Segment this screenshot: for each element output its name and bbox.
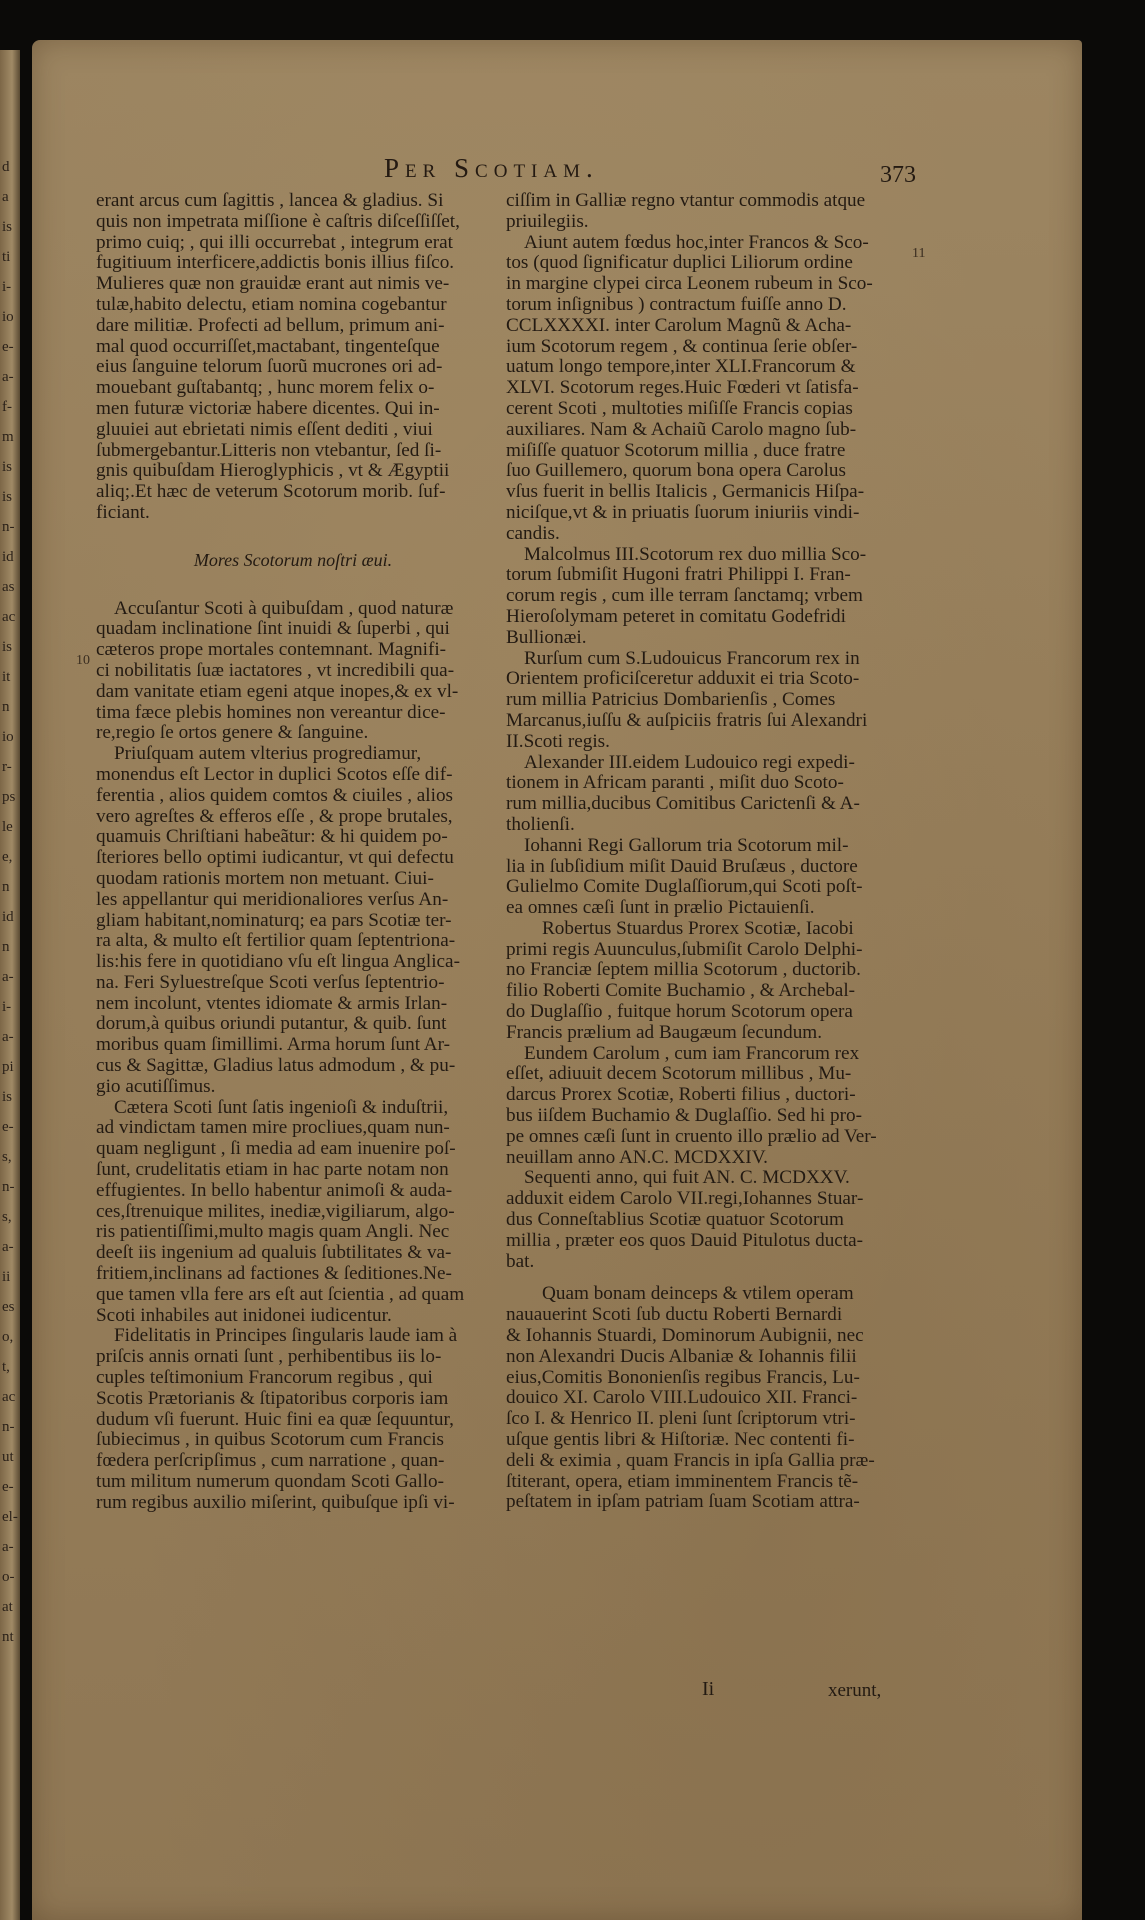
text-line: Cætera Scoti ſunt ſatis ingenioſi & indu… (96, 1098, 490, 1119)
text-line: quam negligunt , ſi media ad eam inuenir… (96, 1139, 490, 1160)
previous-page-text-fragment: i- (2, 1000, 11, 1015)
previous-page-text-fragment: n (2, 940, 10, 955)
text-line: bat. (506, 1252, 906, 1273)
previous-page-text-fragment: ac (2, 1390, 15, 1405)
text-line: do Duglaſſio , fuitque horum Scotorum op… (506, 1002, 906, 1023)
text-line: nauauerint Scoti ſub ductu Roberti Berna… (506, 1305, 906, 1326)
text-line: gliam habitant,nominaturq; ea pars Scoti… (96, 911, 490, 932)
previous-page-text-fragment: ps (2, 790, 15, 805)
text-line: tulæ,habito delectu, etiam nomina cogeba… (96, 295, 490, 316)
text-line: niciſque,vt & in priuatis ſuorum iniurii… (506, 503, 906, 524)
text-line: peſtatem in ipſam patriam ſuam Scotiam a… (506, 1492, 906, 1513)
previous-page-text-fragment: n- (2, 1180, 15, 1195)
text-line: filio Roberti Comite Buchamio , & Archeb… (506, 981, 906, 1002)
paragraph: Iohanni Regi Gallorum tria Scotorum mil-… (506, 836, 906, 919)
previous-page-text-fragment: a- (2, 970, 14, 985)
text-line: bus iiſdem Buchamio & Duglaſſio. Sed hi … (506, 1106, 906, 1127)
previous-page-text-fragment: as (2, 580, 15, 595)
section-heading: Mores Scotorum noſtri æui. (96, 550, 490, 571)
running-head: Per Scotiam. (384, 153, 599, 184)
text-line: tima fæce plebis homines non vereantur d… (96, 703, 490, 724)
text-line: ſteriores bello optimi iudicantur, vt qu… (96, 848, 490, 869)
text-line: vero agreſtes & efferos eſſe , & prope b… (96, 807, 490, 828)
text-line: Iohanni Regi Gallorum tria Scotorum mil- (506, 836, 906, 857)
text-line: ſubmergebantur.Litteris non vtebantur, ſ… (96, 441, 490, 462)
previous-page-text-fragment: is (2, 640, 12, 655)
previous-page-text-fragment: ut (2, 1450, 14, 1465)
text-line: Eundem Carolum , cum iam Francorum rex (506, 1044, 906, 1065)
previous-page-text-fragment: a- (2, 1030, 14, 1045)
paragraph: Sequenti anno, qui fuit AN. C. MCDXXV.ad… (506, 1168, 906, 1272)
text-line: les appellantur qui meridionaliores verſ… (96, 890, 490, 911)
catchword: xerunt, (828, 1680, 881, 1702)
previous-page-text-fragment: a- (2, 1540, 14, 1555)
previous-page-text-fragment: r- (2, 760, 12, 775)
previous-page-text-fragment: o- (2, 1570, 15, 1585)
text-line: vſus fuerit in bellis Italicis , Germani… (506, 482, 906, 503)
text-line: gio acutiſſimus. (96, 1077, 490, 1098)
text-line: II.Scoti regis. (506, 732, 906, 753)
text-line: non Alexandri Ducis Albaniæ & Iohannis f… (506, 1347, 906, 1368)
text-line: ad vindictam tamen mire procliues,quam n… (96, 1118, 490, 1139)
text-line: candis. (506, 524, 906, 545)
margin-line-number-right: 11 (912, 246, 925, 262)
text-line: douico XI. Carolo VIII.Ludouico XII. Fra… (506, 1388, 906, 1409)
text-line: cus & Sagittæ, Gladius latus admodum , &… (96, 1056, 490, 1077)
text-line: no Franciæ ſeptem millia Scotorum , duct… (506, 960, 906, 981)
previous-page-text-fragment: f- (2, 400, 12, 415)
text-line: corum regis , cum ille terram ſanctamq; … (506, 586, 906, 607)
text-line: dudum vſi fuerunt. Huic fini ea quæ ſequ… (96, 1410, 490, 1431)
text-line: ciſſim in Galliæ regno vtantur commodis … (506, 191, 906, 212)
text-line: ſunt, crudelitatis etiam in hac parte no… (96, 1160, 490, 1181)
text-line: ſtiterant, opera, etiam imminentem Franc… (506, 1472, 906, 1493)
text-line: dorum,à quibus oriundi putantur, & quib.… (96, 1014, 490, 1035)
previous-page-text-fragment: ii (2, 1270, 10, 1285)
text-line: quodam rationis mortem non metuant. Ciui… (96, 869, 490, 890)
paragraph: Aiunt autem fœdus hoc,inter Francos & Sc… (506, 233, 906, 545)
previous-page-text-fragment: s, (2, 1150, 12, 1165)
text-line: eius ſanguine telorum ſuorũ mucrones ori… (96, 357, 490, 378)
previous-page-text-fragment: e, (2, 850, 12, 865)
text-line: torum ſubmiſit Hugoni fratri Philippi I.… (506, 565, 906, 586)
previous-page-text-fragment: io (2, 310, 14, 325)
text-line: dare militiæ. Profecti ad bellum, primum… (96, 316, 490, 337)
text-line: Gulielmo Comite Duglaſſiorum,qui Scoti p… (506, 877, 906, 898)
text-line: gnis quibuſdam Hieroglyphicis , vt & Ægy… (96, 461, 490, 482)
previous-page-text-fragment: is (2, 220, 12, 235)
text-line: quamuis Chriſtiani habeãtur: & hi quidem… (96, 827, 490, 848)
text-line: cæteros prope mortales contemnant. Magni… (96, 640, 490, 661)
previous-page-text-fragment: a- (2, 370, 14, 385)
text-line: Fidelitatis in Principes ſingularis laud… (96, 1326, 490, 1347)
text-line: tionem in Africam paranti , miſit duo Sc… (506, 773, 906, 794)
text-line: ea omnes cæſi ſunt in prælio Pictauienſi… (506, 898, 906, 919)
page-number: 373 (880, 162, 916, 189)
previous-page-text-fragment: e- (2, 1120, 14, 1135)
text-line: Rurſum cum S.Ludouicus Francorum rex in (506, 649, 906, 670)
previous-page-text-fragment: is (2, 1090, 12, 1105)
previous-page-text-fragment: io (2, 730, 14, 745)
text-line: XLVI. Scotorum reges.Huic Fœderi vt ſati… (506, 378, 906, 399)
left-column: erant arcus cum ſagittis , lancea & glad… (96, 191, 490, 1514)
paragraph: Alexander III.eidem Ludouico regi expedi… (506, 753, 906, 836)
paragraph: Malcolmus III.Scotorum rex duo millia Sc… (506, 545, 906, 649)
previous-page-text-fragment: d (2, 160, 10, 175)
previous-page-text-fragment: n- (2, 520, 15, 535)
previous-page-text-fragment: it (2, 670, 10, 685)
text-line: fritiem,inclinans ad factiones & ſeditio… (96, 1264, 490, 1285)
text-line: tholienſi. (506, 815, 906, 836)
text-line: tum militum numerum quondam Scoti Gallo- (96, 1472, 490, 1493)
previous-page-text-fragment: ti (2, 250, 10, 265)
text-line: fugitiuum interficere,addictis bonis ill… (96, 253, 490, 274)
text-line: dus Conneſtablius Scotiæ quatuor Scotoru… (506, 1210, 906, 1231)
text-line: lia in ſubſidium miſit Dauid Bruſæus , d… (506, 857, 906, 878)
previous-page-text-fragment: n- (2, 1420, 15, 1435)
previous-page-text-fragment: o, (2, 1330, 13, 1345)
text-line: adduxit eidem Carolo VII.regi,Iohannes S… (506, 1189, 906, 1210)
previous-page-text-fragment: e- (2, 1480, 14, 1495)
text-line: Scotis Prætorianis & ſtipatoribus corpor… (96, 1389, 490, 1410)
text-line: erant arcus cum ſagittis , lancea & glad… (96, 191, 490, 212)
text-line: Robertus Stuardus Prorex Scotiæ, Iacobi (506, 919, 906, 940)
previous-page-text-fragment: is (2, 460, 12, 475)
text-line: Quam bonam deinceps & vtilem operam (506, 1284, 906, 1305)
text-line: uſque gentis libri & Hiſtoriæ. Nec conte… (506, 1430, 906, 1451)
text-line: Priuſquam autem vlterius progrediamur, (96, 744, 490, 765)
previous-page-text-fragment: nt (2, 1630, 14, 1645)
text-line: fœdera perſcripſimus , cum narratione , … (96, 1451, 490, 1472)
text-line: ficiant. (96, 503, 490, 524)
text-line: primi regis Auunculus,ſubmiſit Carolo De… (506, 940, 906, 961)
text-line: lis:his fere in quotidiano vſu eſt lingu… (96, 952, 490, 973)
text-line: Malcolmus III.Scotorum rex duo millia Sc… (506, 545, 906, 566)
previous-page-text-fragment: le (2, 820, 13, 835)
text-line: rum regibus auxilio miſerint, quibuſque … (96, 1493, 490, 1514)
paragraph: ciſſim in Galliæ regno vtantur commodis … (506, 191, 906, 233)
text-line: Bullionæi. (506, 628, 906, 649)
text-line: Scoti inhabiles aut inidonei iudicentur. (96, 1306, 490, 1327)
text-line: millia , præter eos quos Dauid Pitulotus… (506, 1231, 906, 1252)
text-line: dam vanitate etiam egeni atque inopes,& … (96, 682, 490, 703)
previous-page-text-fragment: e- (2, 340, 14, 355)
text-line: miſiſſe quatuor Scotorum millia , duce f… (506, 441, 906, 462)
text-line: CCLXXXXI. inter Carolum Magnũ & Acha- (506, 316, 906, 337)
text-line: men futuræ victoriæ habere dicentes. Qui… (96, 399, 490, 420)
text-line: Aiunt autem fœdus hoc,inter Francos & Sc… (506, 233, 906, 254)
previous-page-text-fragment: t, (2, 1360, 10, 1375)
text-line: moribus quam ſimillimi. Arma horum ſunt … (96, 1035, 490, 1056)
text-line: re,regio ſe ortos genere & ſanguine. (96, 723, 490, 744)
text-line: & Iohannis Stuardi, Dominorum Aubignii, … (506, 1326, 906, 1347)
text-line: priuilegiis. (506, 212, 906, 233)
text-line: rum millia,ducibus Comitibus Carictenſi … (506, 794, 906, 815)
text-line: auxiliares. Nam & Achaiũ Carolo magno ſu… (506, 420, 906, 441)
text-line: que tamen vlla fere ars eſt aut ſcientia… (96, 1285, 490, 1306)
text-line: Mulieres quæ non grauidæ erant aut nimis… (96, 274, 490, 295)
text-line: ſuo Guillemero, quorum bona opera Carolu… (506, 461, 906, 482)
text-line: cerent Scoti , multoties miſiſſe Francis… (506, 399, 906, 420)
paragraph: Quam bonam deinceps & vtilem operamnauau… (506, 1284, 906, 1513)
text-line: Sequenti anno, qui fuit AN. C. MCDXXV. (506, 1168, 906, 1189)
previous-page-text-fragment: s, (2, 1210, 12, 1225)
paragraph: Cætera Scoti ſunt ſatis ingenioſi & indu… (96, 1098, 490, 1327)
text-line: mouebant guſtabantq; , hunc morem felix … (96, 378, 490, 399)
paragraph: Fidelitatis in Principes ſingularis laud… (96, 1326, 490, 1513)
previous-page-text-fragment: is (2, 490, 12, 505)
text-line: quis non impetrata miſſione è caſtris di… (96, 212, 490, 233)
previous-page-text-fragment: pi (2, 1060, 14, 1075)
previous-page-text-fragment: ac (2, 610, 15, 625)
previous-page-text-fragment: es (2, 1300, 15, 1315)
paragraph: Accuſantur Scoti à quibuſdam , quod natu… (96, 599, 490, 745)
paragraph: Priuſquam autem vlterius progrediamur,mo… (96, 744, 490, 1098)
text-line: Hieroſolymam peteret in comitatu Godefri… (506, 607, 906, 628)
text-line: primo cuiq; , qui illi occurrebat , inte… (96, 233, 490, 254)
text-line: ris patientiſſimi,multo magis quam Angli… (96, 1222, 490, 1243)
text-line: rum millia Patricius Dombarienſis , Come… (506, 690, 906, 711)
paragraph: erant arcus cum ſagittis , lancea & glad… (96, 191, 490, 524)
text-line: mal quod occurriſſet,mactabant, tingente… (96, 337, 490, 358)
previous-page-text-fragment: at (2, 1600, 13, 1615)
previous-page-text-fragment: a (2, 190, 9, 205)
right-column: ciſſim in Galliæ regno vtantur commodis … (506, 191, 906, 1513)
paragraph: Robertus Stuardus Prorex Scotiæ, Iacobip… (506, 919, 906, 1044)
text-line: priſcis annis ornati ſunt , perhibentibu… (96, 1347, 490, 1368)
text-line: Alexander III.eidem Ludouico regi expedi… (506, 753, 906, 774)
text-line: cuples teſtimonium Francorum regibus , q… (96, 1368, 490, 1389)
paragraph: Rurſum cum S.Ludouicus Francorum rex inO… (506, 649, 906, 753)
text-line: pe omnes cæſi ſunt in cruento illo præli… (506, 1127, 906, 1148)
text-line: tos (quod ſignificatur duplici Liliorum … (506, 253, 906, 274)
text-line: ſubiecimus , in quibus Scotorum cum Fran… (96, 1430, 490, 1451)
text-line: darcus Prorex Scotiæ, Roberti filius , d… (506, 1085, 906, 1106)
previous-page-edge: daistii-ioe-a-f-misisn-idasacisitnior-ps… (0, 50, 20, 1920)
text-line: deeſt iis ingenium ad qualuis ſubtilitat… (96, 1243, 490, 1264)
text-line: aliq;.Et hæc de veterum Scotorum morib. … (96, 482, 490, 503)
previous-page-text-fragment: a- (2, 1240, 14, 1255)
text-line: uatum longo tempore,inter XLI.Francorum … (506, 357, 906, 378)
text-line: in margine clypei circa Leonem rubeum in… (506, 274, 906, 295)
text-line: deli & eximia , quam Francis in ipſa Gal… (506, 1451, 906, 1472)
text-line: ces,ſtrenuique milites, inediæ,vigiliaru… (96, 1202, 490, 1223)
previous-page-text-fragment: n (2, 880, 10, 895)
previous-page-text-fragment: el- (2, 1510, 18, 1525)
text-line: ium Scotorum regem , & continua ſerie ob… (506, 337, 906, 358)
margin-line-number-left: 10 (76, 653, 90, 669)
previous-page-text-fragment: n (2, 700, 10, 715)
text-line: torum inſignibus ) contractum fuiſſe ann… (506, 295, 906, 316)
text-line: Orientem proficiſceretur adduxit ei tria… (506, 669, 906, 690)
paragraph: Eundem Carolum , cum iam Francorum rexeſ… (506, 1044, 906, 1169)
text-line: monendus eſt Lector in duplici Scotos eſ… (96, 765, 490, 786)
text-line: ci nobilitatis ſuæ iactatores , vt incre… (96, 661, 490, 682)
text-line: quadam inclinatione ſint inuidi & ſuperb… (96, 619, 490, 640)
signature-mark: Ii (702, 1678, 714, 1701)
text-line: Francis prælium ad Baugæum ſecundum. (506, 1023, 906, 1044)
text-line: neuillam anno AN.C. MCDXXIV. (506, 1148, 906, 1169)
text-line: Marcanus,iuſſu & auſpiciis fratris ſui A… (506, 711, 906, 732)
previous-page-text-fragment: i- (2, 280, 11, 295)
text-line: effugientes. In bello habentur animoſi &… (96, 1181, 490, 1202)
text-line: na. Feri Syluestreſque Scoti verſus ſept… (96, 973, 490, 994)
text-line: Accuſantur Scoti à quibuſdam , quod natu… (96, 599, 490, 620)
text-line: eius,Comitis Bononienſis regibus Francis… (506, 1368, 906, 1389)
text-line: ra alta, & multo eſt fertilior quam ſept… (96, 931, 490, 952)
text-line: nem incolunt, vtentes idiomate & armis I… (96, 994, 490, 1015)
previous-page-text-fragment: m (2, 430, 14, 445)
text-line: gluuiei aut ebrietati nimis eſſent dedit… (96, 420, 490, 441)
previous-page-text-fragment: id (2, 550, 14, 565)
text-line: ſco I. & Henrico II. pleni ſunt ſcriptor… (506, 1409, 906, 1430)
text-line: ferentia , alios quidem comtos & ciuiles… (96, 786, 490, 807)
previous-page-text-fragment: id (2, 910, 14, 925)
text-line: eſſet, adiuuit decem Scotorum millibus ,… (506, 1064, 906, 1085)
